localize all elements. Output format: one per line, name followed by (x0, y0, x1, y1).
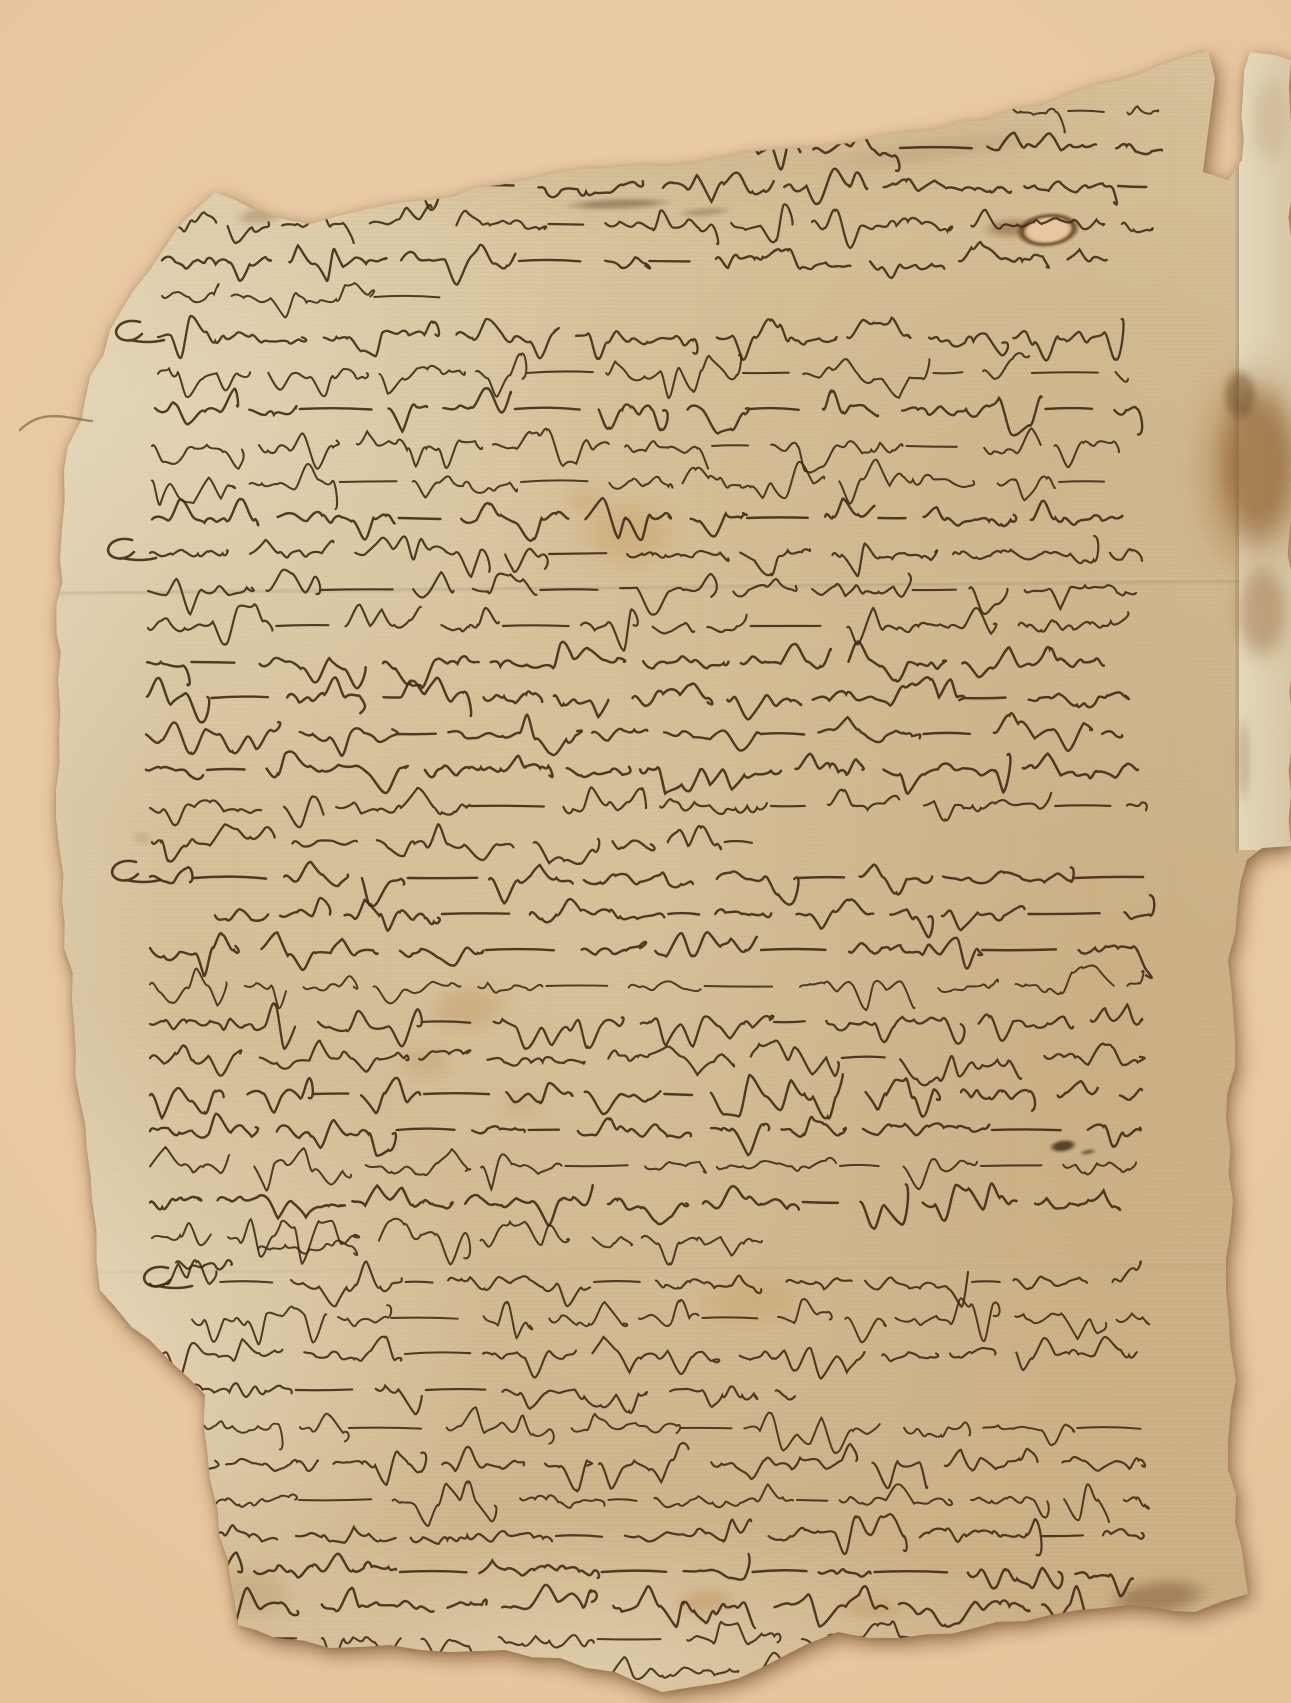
handwritten-line (150, 1443, 1145, 1491)
handwritten-line (168, 130, 1162, 171)
handwritten-line (158, 353, 1128, 398)
handwritten-line (150, 1114, 1141, 1156)
handwritten-line (162, 204, 1153, 248)
handwritten-line (150, 862, 1143, 906)
handwritten-line (168, 91, 1158, 136)
paragraph-marker (112, 861, 160, 882)
handwritten-line (150, 1514, 1144, 1555)
handwritten-line (192, 1407, 1141, 1453)
handwritten-line (150, 1147, 1136, 1190)
paragraph-marker (154, 1624, 202, 1645)
handwritten-line (176, 1260, 232, 1269)
handwritten-line (258, 1241, 357, 1256)
handwritten-line (150, 932, 1152, 978)
paragraph-marker (140, 1413, 188, 1434)
handwritten-line (152, 428, 1119, 472)
manuscript-sheet-wrap: © Archivio di Stato di Prato © Archivio … (0, 0, 1291, 1703)
paragraph-marker (116, 321, 164, 342)
handwritten-line (150, 1553, 1133, 1597)
handwritten-line (152, 1337, 1137, 1380)
handwritten-line (150, 1260, 1141, 1307)
handwritten-line (150, 787, 1147, 827)
handwritten-line (150, 1040, 1145, 1085)
manuscript-sheet: © Archivio di Stato di Prato © Archivio … (0, 0, 1291, 1703)
handwritten-line (150, 1183, 1120, 1228)
handwritten-line (150, 1074, 1142, 1118)
handwritten-line (146, 713, 1122, 756)
handwritten-line (152, 460, 1104, 509)
handwritten-line (200, 1621, 1139, 1665)
paper-fiber (14, 398, 114, 448)
paragraph-marker (108, 539, 156, 560)
handwritten-line (152, 498, 1122, 541)
handwritten-line (192, 1585, 1085, 1631)
handwritten-line (148, 570, 1136, 615)
handwritten-line (162, 283, 440, 317)
handwritten-line (215, 895, 1154, 937)
handwritten-line (152, 824, 752, 864)
handwritten-line (205, 1653, 1106, 1698)
handwritten-line (162, 242, 1107, 285)
handwritten-line (158, 316, 1124, 361)
handwritten-line (150, 966, 1143, 1011)
handwritten-line (150, 536, 1142, 577)
handwritten-line (155, 388, 1142, 435)
handwritten-line (152, 1219, 762, 1265)
handwritten-line (147, 677, 1129, 722)
handwritten-line (165, 167, 1146, 210)
handwritten-line (150, 1481, 1149, 1526)
handwritten-text-layer (0, 0, 1291, 1703)
scan-canvas: © Archivio di Stato di Prato © Archivio … (0, 0, 1291, 1703)
handwritten-line (150, 1003, 1142, 1049)
paper-stain (1232, 1374, 1291, 1501)
